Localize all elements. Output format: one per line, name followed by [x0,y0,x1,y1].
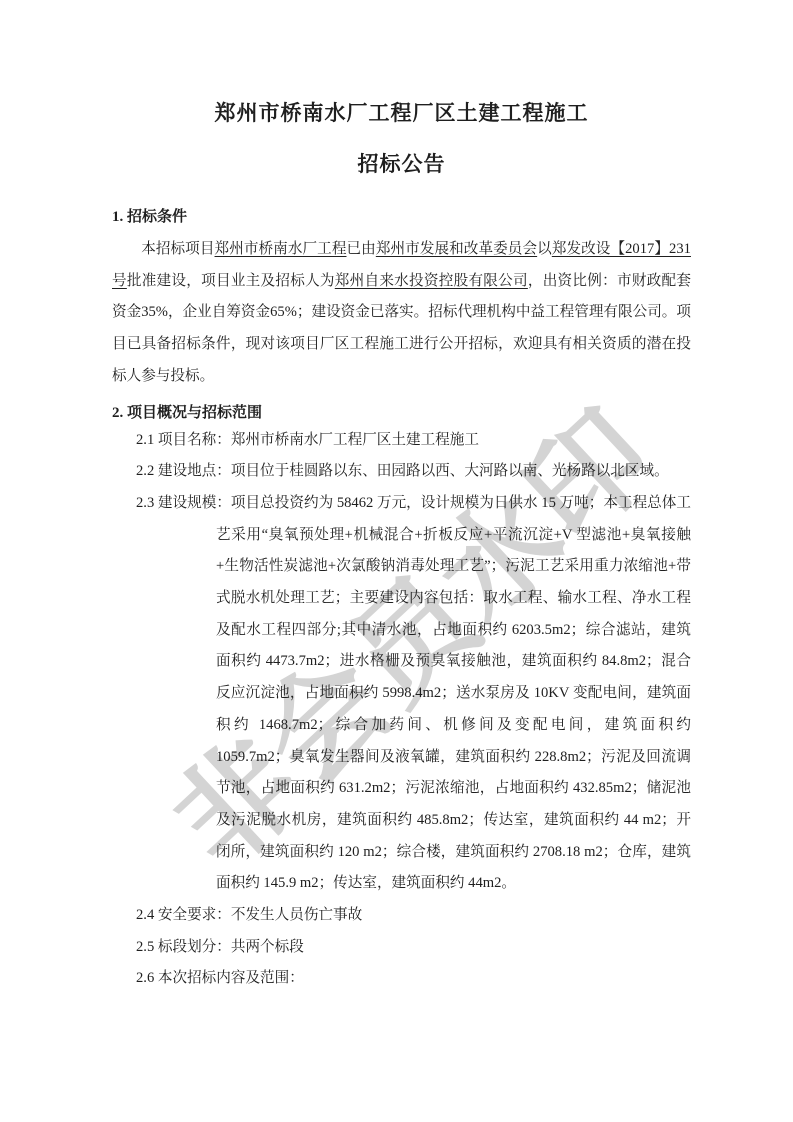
document-page: 非会员水印 郑州市桥南水厂工程厂区土建工程施工 招标公告 1. 招标条件 本招标… [0,0,793,1122]
section2-item: 2.2 建设地点：项目位于桂圆路以东、田园路以西、大河路以南、光杨路以北区域。 [112,456,691,488]
text-run: 本招标项目 [141,241,214,257]
text-run: 以 [537,241,552,257]
section2-item: 2.6 本次招标内容及范围： [112,963,691,995]
section2-item: 2.5 标段划分：共两个标段 [112,932,691,964]
text-run: 已由 [347,241,376,257]
section1-heading: 1. 招标条件 [112,205,691,229]
section1-paragraph: 本招标项目郑州市桥南水厂工程已由郑州市发展和改革委员会以郑发改设【2017】23… [112,234,691,393]
section2-item: 2.3 建设规模：项目总投资约为 58462 万元，设计规模为日供水 15 万吨… [112,488,691,900]
section2-item: 2.4 安全要求：不发生人员伤亡事故 [112,900,691,932]
section2-items: 2.1 项目名称：郑州市桥南水厂工程厂区土建工程施工2.2 建设地点：项目位于桂… [112,425,691,996]
text-run: 批准建设，项目业主及招标人为 [127,273,335,289]
document-content: 郑州市桥南水厂工程厂区土建工程施工 招标公告 1. 招标条件 本招标项目郑州市桥… [112,0,691,995]
section2-item: 2.1 项目名称：郑州市桥南水厂工程厂区土建工程施工 [112,425,691,457]
section2-heading: 2. 项目概况与招标范围 [112,401,691,425]
document-title-line2: 招标公告 [112,150,691,178]
underlined-text-run: 郑州自来水投资控股有限公司 [335,273,528,289]
text-run: ，出资比例：市财政配套资金35%，企业自筹资金65%；建设资金已落实。招标代理机… [112,273,691,384]
underlined-text-run: 郑州市发展和改革委员会 [376,241,537,257]
underlined-text-run: 郑州市桥南水厂工程 [215,241,347,257]
document-title-line1: 郑州市桥南水厂工程厂区土建工程施工 [112,99,691,127]
